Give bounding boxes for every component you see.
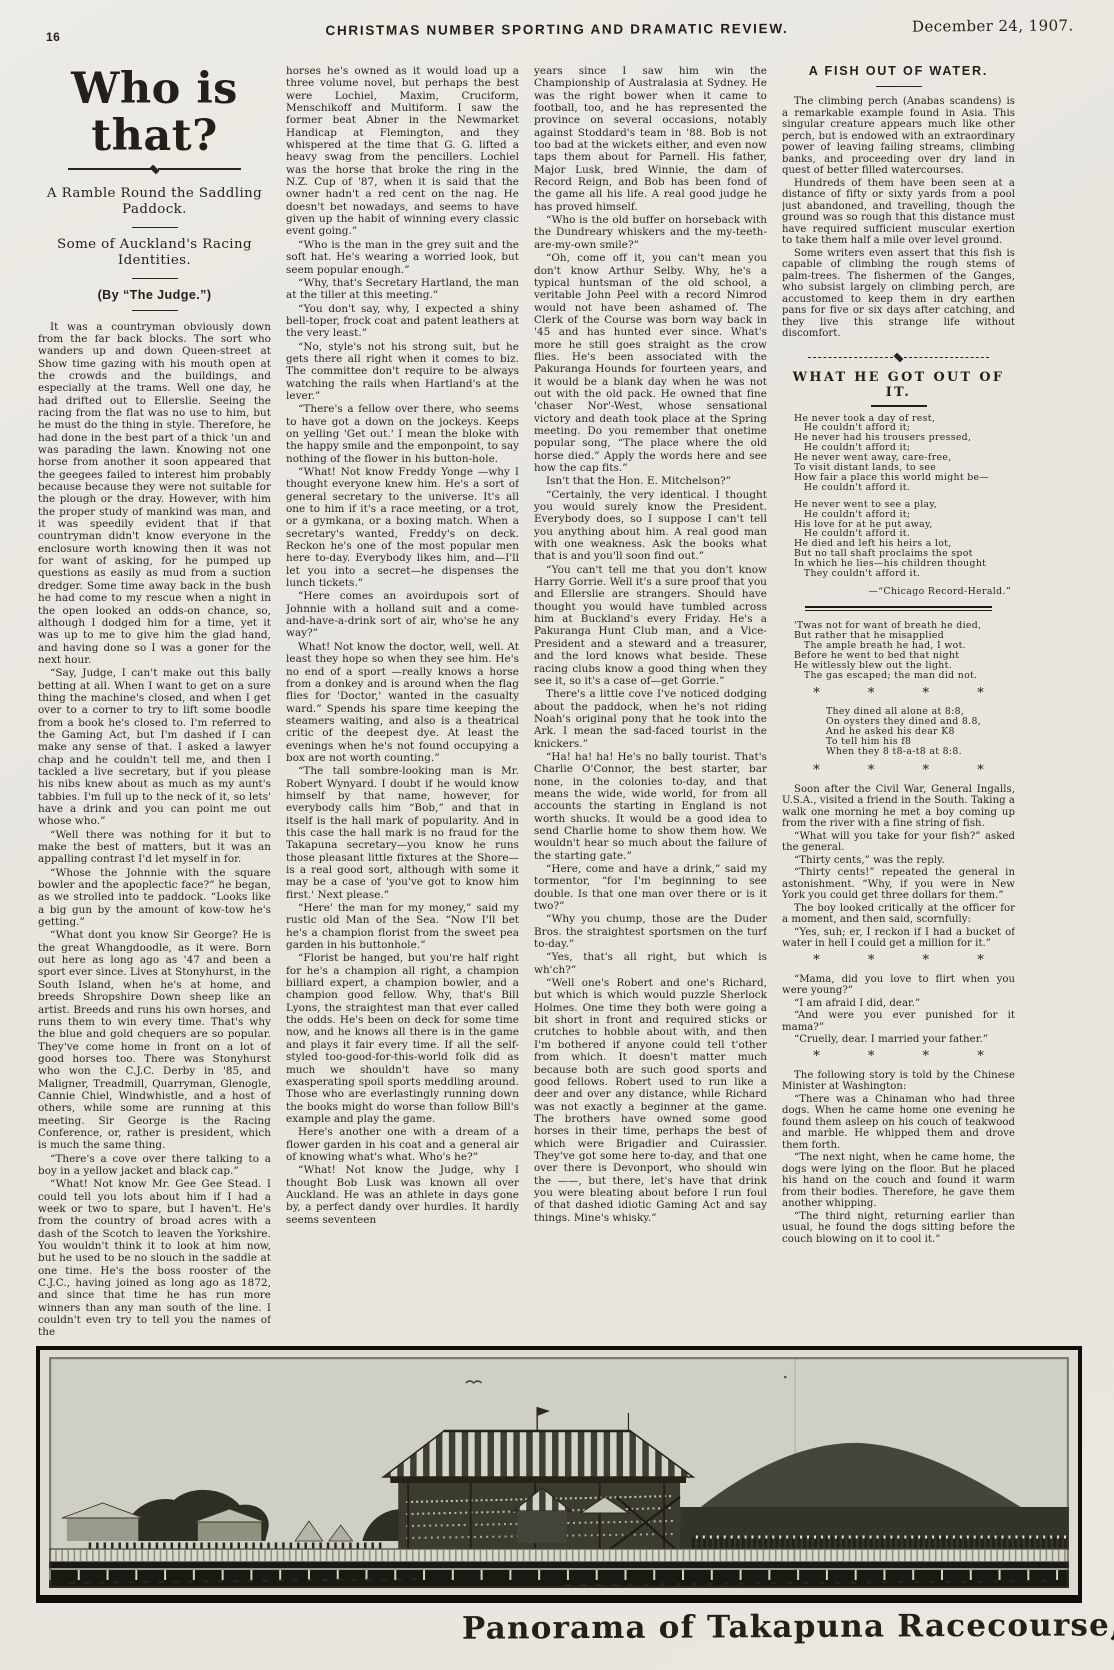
dashed-ornament-divider — [808, 353, 989, 362]
fish-article-text: The climbing perch (Anabas scandens) is … — [782, 96, 1015, 340]
anecdote-paragraph: “Cruelly, dear. I married your father.” — [782, 1034, 1015, 1046]
article-paragraph: “Here comes an avoirdupois sort of Johnn… — [286, 590, 519, 639]
poem-stanza-2: He never went to see a play, He couldn't… — [794, 500, 1015, 579]
newspaper-page: 16 CHRISTMAS NUMBER SPORTING AND DRAMATI… — [0, 0, 1114, 1670]
article-paragraph: “Here, come and have a drink,” said my t… — [534, 863, 767, 912]
poem-line: They couldn't afford it. — [794, 569, 1015, 579]
column-3: years since I saw him win the Championsh… — [534, 56, 767, 1346]
article-paragraph: “Yes, that's all right, but which is wh'… — [534, 951, 767, 976]
anecdote-paragraph: “I am afraid I did, dear.” — [782, 998, 1015, 1010]
article-paragraph: Isn't that the Hon. E. Mitchelson?” — [534, 475, 767, 487]
article-paragraph: “Well one's Robert and one's Richard, bu… — [534, 977, 767, 1224]
poem-line: The gas escaped; the man did not. — [794, 671, 1015, 681]
article-paragraph: “Who is the old buffer on horseback with… — [534, 214, 767, 251]
article-paragraph: “No, style's not his strong suit, but he… — [286, 341, 519, 403]
article-paragraph: “Certainly, the very identical. I though… — [534, 489, 767, 563]
anecdote-mama-flirt: “Mama, did you love to flirt when you we… — [782, 974, 1015, 1046]
article-paragraph: “What! Not know Freddy Yonge —why I thou… — [286, 466, 519, 589]
article-paragraph: “Ha! ha! ha! He's no bally tourist. That… — [534, 751, 767, 862]
article-paragraph: years since I saw him win the Championsh… — [534, 65, 767, 213]
article-paragraph: “Who is the man in the grey suit and the… — [286, 239, 519, 276]
article-paragraph: “There's a cove over there talking to a … — [38, 1153, 271, 1178]
photo-foreground-grass — [49, 1562, 1069, 1588]
anecdote-paragraph: “What will you take for your fish?” aske… — [782, 831, 1015, 854]
article-headline: Who is that? — [38, 66, 271, 161]
short-rule — [876, 86, 922, 87]
anecdote-paragraph: “Yes, suh; er, I reckon if I had a bucke… — [782, 927, 1015, 950]
anecdote-paragraph: “Thirty cents,” was the reply. — [782, 855, 1015, 867]
short-rule — [132, 227, 178, 228]
short-rule — [132, 278, 178, 279]
article-paragraph: Some writers even assert that this fish … — [782, 248, 1015, 340]
short-thick-rule — [871, 405, 927, 407]
poem-stanza-1: He never took a day of rest, He couldn't… — [794, 414, 1015, 493]
article-paragraph: “You don't say, why, I expected a shiny … — [286, 303, 519, 340]
article-paragraph: “What dont you know Sir George? He is th… — [38, 929, 271, 1151]
anecdote-paragraph: The boy looked critically at the officer… — [782, 903, 1015, 926]
article-paragraph: The climbing perch (Anabas scandens) is … — [782, 96, 1015, 177]
article-paragraph: horses he's owned as it would load up a … — [286, 65, 519, 238]
column-1: Who is that? A Ramble Round the Saddling… — [38, 56, 271, 1346]
article-paragraph: “You can't tell me that you don't know H… — [534, 564, 767, 687]
article-paragraph: Here's another one with a dream of a flo… — [286, 1126, 519, 1163]
poem-line: He couldn't afford it. — [794, 483, 1015, 493]
article-paragraph: “Here' the man for my money,” said my ru… — [286, 902, 519, 951]
star-separator: * * * * — [782, 764, 1015, 778]
anecdote-paragraph: “Thirty cents!” repeated the general in … — [782, 867, 1015, 902]
anecdote-paragraph: “Mama, did you love to flirt when you we… — [782, 974, 1015, 997]
verse-eight: They dined all alone at 8:8,On oysters t… — [826, 707, 1015, 757]
article-subtitle: A Ramble Round the Saddling Paddock. — [46, 186, 263, 219]
anecdote-paragraph: “There was a Chinaman who had three dogs… — [782, 1094, 1015, 1152]
photo-picket-fence — [49, 1549, 1069, 1562]
article-byline: (By “The Judge.”) — [38, 288, 271, 302]
ornament-divider — [68, 165, 241, 174]
column-2-text: horses he's owned as it would load up a … — [286, 65, 519, 1226]
takapuna-racecourse-panorama-photo — [36, 1346, 1082, 1603]
article-paragraph: “There's a fellow over there, who seems … — [286, 403, 519, 465]
article-paragraph: It was a countryman obviously down from … — [38, 321, 271, 667]
article-paragraph: “Well there was nothing for it but to ma… — [38, 829, 271, 866]
article-paragraph: “Why, that's Secretary Hartland, the man… — [286, 277, 519, 302]
article-subtitle-2: Some of Auckland's Racing Identities. — [46, 237, 263, 270]
short-rule — [132, 310, 178, 311]
panorama-illustration — [49, 1357, 1069, 1588]
article-paragraph: “Oh, come off it, you can't mean you don… — [534, 252, 767, 474]
article-paragraph: “Why you chump, those are the Duder Bros… — [534, 913, 767, 950]
anecdote-chinese-minister: The following story is told by the Chine… — [782, 1070, 1015, 1246]
column-4: A FISH OUT OF WATER. The climbing perch … — [782, 56, 1015, 1346]
verse-gas: 'Twas not for want of breath he died,But… — [794, 621, 1015, 680]
anecdote-paragraph: “The third night, returning earlier than… — [782, 1211, 1015, 1246]
article-paragraph: “What! Not know the Judge, why I thought… — [286, 1164, 519, 1226]
article-columns: Who is that? A Ramble Round the Saddling… — [38, 56, 1015, 1346]
article-paragraph: “What! Not know Mr. Gee Gee Stead. I cou… — [38, 1178, 271, 1338]
article-paragraph: There's a little cove I've noticed dodgi… — [534, 688, 767, 750]
issue-date: December 24, 1907. — [912, 16, 1074, 35]
anecdote-general-ingalls: Soon after the Civil War, General Ingall… — [782, 784, 1015, 950]
star-separator: * * * * — [782, 687, 1015, 701]
article-paragraph: “Whose the Johnnie with the square bowle… — [38, 867, 271, 929]
article-paragraph: Hundreds of them have been seen at a dis… — [782, 178, 1015, 247]
article-paragraph: “Florist be hanged, but you're half righ… — [286, 952, 519, 1125]
poem-title: WHAT HE GOT OUT OF IT. — [782, 370, 1015, 400]
article-paragraph: What! Not know the doctor, well, well. A… — [286, 641, 519, 764]
article-paragraph: “Say, Judge, I can't make out this bally… — [38, 667, 271, 827]
article-paragraph: “The tall sombre-looking man is Mr. Robe… — [286, 765, 519, 901]
anecdote-paragraph: “The next night, when he came home, the … — [782, 1152, 1015, 1210]
column-1-text: It was a countryman obviously down from … — [38, 321, 271, 1339]
double-rule-divider — [805, 606, 991, 611]
star-separator: * * * * — [782, 954, 1015, 968]
anecdote-paragraph: Soon after the Civil War, General Ingall… — [782, 784, 1015, 830]
anecdote-paragraph: “And were you ever punished for it mama?… — [782, 1010, 1015, 1033]
poem-line: When they 8 t8-a-t8 at 8:8. — [826, 747, 1015, 757]
anecdote-paragraph: The following story is told by the Chine… — [782, 1070, 1015, 1093]
photo-caption: Panorama of Takapuna Racecourse, — [462, 1607, 1114, 1646]
column-2: horses he's owned as it would load up a … — [286, 56, 519, 1346]
poem-attribution: —“Chicago Record-Herald.” — [782, 586, 1011, 597]
column-3-text: years since I saw him win the Championsh… — [534, 65, 767, 1224]
fish-article-title: A FISH OUT OF WATER. — [782, 64, 1015, 78]
star-separator: * * * * — [782, 1050, 1015, 1064]
